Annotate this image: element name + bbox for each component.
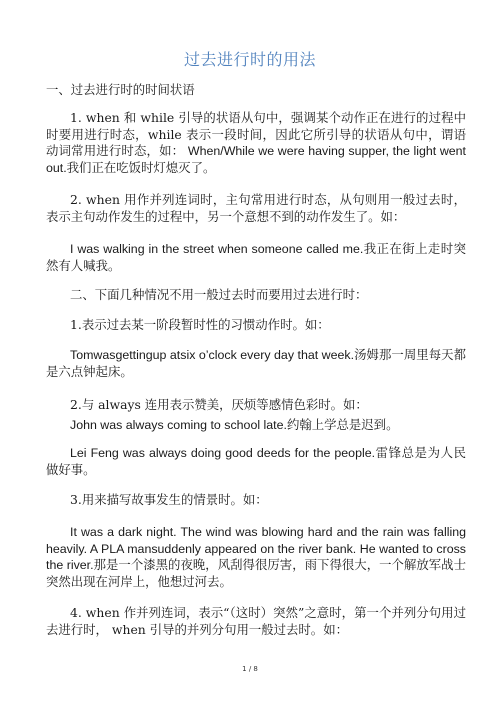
example-english: I was walking in the street when someone… [70,242,363,256]
section2-item2-example1: John was always coming to school late.约翰… [46,417,466,434]
section2-item4: 4. when 作并列连词，表示“（这时）突然”之意时，第一个并列分句用过去进行… [46,605,466,638]
section2-heading: 二、下面几种情况不用一般过去时而要用过去进行时： [46,287,466,304]
section2-item1-example: Tomwasgettingup atsix o’clock every day … [46,347,466,380]
section2-item3: 3.用来描写故事发生的情景时。如： [46,492,466,509]
section2-item1: 1.表示过去某一阶段暂时性的习惯动作时。如： [46,317,466,334]
item-text: 4. when 作并列连词，表示“（这时）突然”之意时，第一个并列分句用过去进行… [46,605,466,637]
example-english: John was always coming to school late. [70,418,287,432]
section1-item2-example: I was walking in the street when someone… [46,241,466,274]
page-indicator: 1 / 8 [0,665,500,673]
item-text: 2.与 always 连用表示赞美，厌烦等感情色彩时。如： [70,397,368,412]
section1-item1: 1. when 和 while 引导的状语从句中，强调某个动作正在进行的过程中时… [46,110,466,176]
example-chinese: 约翰上学总是迟到。 [287,417,399,432]
document-page: 过去进行时的用法 一、过去进行时的时间状语 1. when 和 while 引导… [0,0,500,707]
item-text: 3.用来描写故事发生的情景时。如： [70,492,268,507]
section2-item3-example: It was a dark night. The wind was blowin… [46,524,466,590]
item-text: 1.表示过去某一阶段暂时性的习惯动作时。如： [70,317,330,332]
example-chinese: 我们正在吃饭时灯熄灭了。 [67,160,216,175]
example-chinese: 那是一个漆黑的夜晚，风刮得很厉害，雨下得很大，一个解放军战士突然出现在河岸上，他… [46,557,466,589]
section2-item2: 2.与 always 连用表示赞美，厌烦等感情色彩时。如： [46,397,466,414]
example-english: Lei Feng was always doing good deeds for… [70,446,375,460]
page-title: 过去进行时的用法 [0,47,500,70]
section2-item2-example2: Lei Feng was always doing good deeds for… [46,445,466,478]
section1-item2: 2. when 用作并列连词时，主句常用进行时态，从句则用一般过去时，表示主句动… [46,192,466,225]
example-english: Tomwasgettingup atsix o’clock every day … [70,348,354,362]
item-text: 2. when 用作并列连词时，主句常用进行时态，从句则用一般过去时，表示主句动… [46,192,466,224]
section1-heading: 一、过去进行时的时间状语 [46,82,466,99]
